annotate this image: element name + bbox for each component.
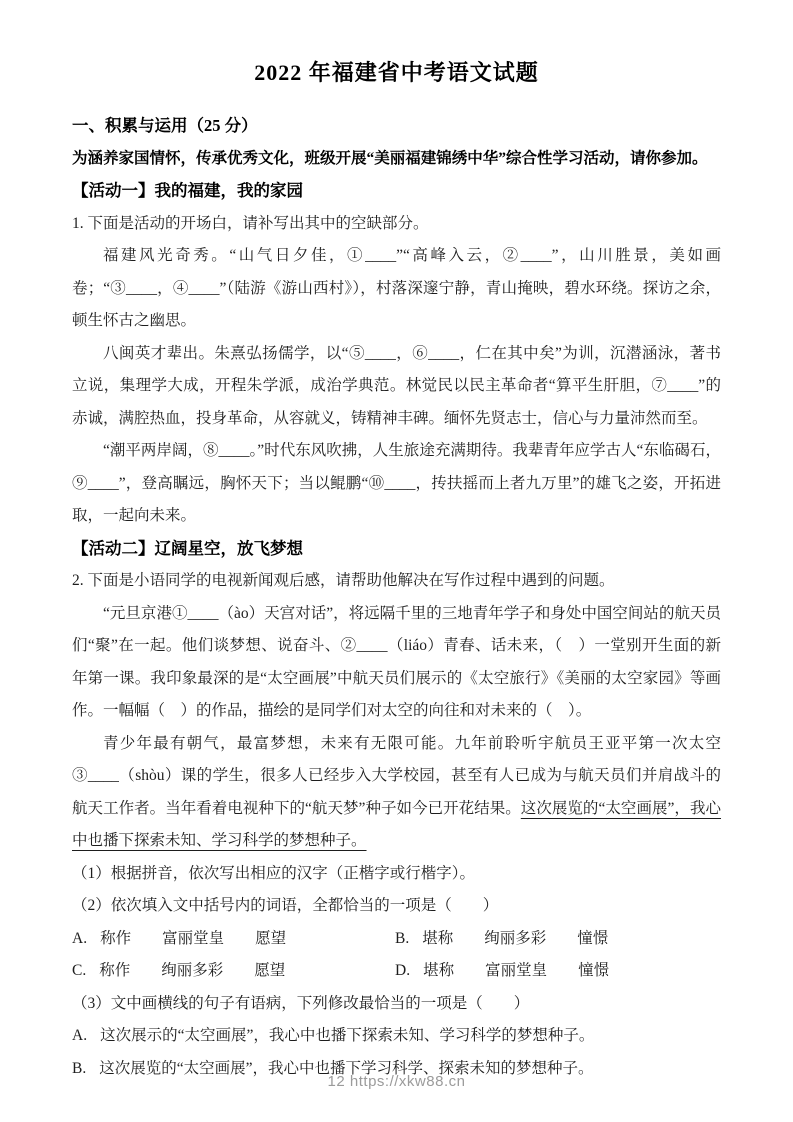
- q2-subquestion-2: （2）依次填入文中括号内的词语，全都恰当的一项是（ ）: [72, 890, 721, 923]
- page-title: 2022 年福建省中考语文试题: [72, 56, 721, 90]
- activity1-heading: 【活动一】我的福建，我的家园: [72, 175, 721, 208]
- sub3-option-a-label: A.: [72, 1020, 87, 1053]
- q2-passage-p1: “元旦京港①____（ào）天宫对话”，将远隔千里的三地青年学子和身处中国空间站…: [72, 598, 721, 728]
- option-b-label: B.: [395, 923, 409, 956]
- q2-passage-p2: 青少年最有朝气，最富梦想，未来有无限可能。九年前聆听宇航员王亚平第一次太空③__…: [72, 728, 721, 858]
- option-c-label: C.: [72, 955, 86, 988]
- option-d-text: 堪称 富丽堂皇 憧憬: [423, 962, 609, 979]
- option-a: A.称作 富丽堂皇 愿望: [72, 923, 395, 956]
- option-b-text: 堪称 绚丽多彩 憧憬: [422, 930, 608, 947]
- section1-intro: 为涵养家国情怀，传承优秀文化，班级开展“美丽福建锦绣中华”综合性学习活动，请你参…: [72, 143, 721, 176]
- option-c: C.称作 绚丽多彩 愿望: [72, 955, 395, 988]
- section1-heading: 一、积累与运用（25 分）: [72, 110, 721, 143]
- sub3-option-a: A.这次展示的“太空画展”，我心中也播下探索未知、学习科学的梦想种子。: [72, 1020, 721, 1053]
- q1-stem: 1. 下面是活动的开场白，请补写出其中的空缺部分。: [72, 208, 721, 241]
- q2-stem: 2. 下面是小语同学的电视新闻观后感，请帮助他解决在写作过程中遇到的问题。: [72, 565, 721, 598]
- q2-subquestion-1: （1）根据拼音，依次写出相应的汉字（正楷字或行楷字）。: [72, 858, 721, 891]
- q1-passage-p1: 福建风光奇秀。“山气日夕佳，①____”“高峰入云，②____”，山川胜景，美如…: [72, 240, 721, 338]
- option-a-label: A.: [72, 923, 87, 956]
- exam-page: 2022 年福建省中考语文试题 一、积累与运用（25 分） 为涵养家国情怀，传承…: [0, 0, 793, 1122]
- q1-passage-p3: “潮平两岸阔，⑧____。”时代东风吹拂，人生旅途充满期待。我辈青年应学古人“东…: [72, 435, 721, 533]
- option-d: D.堪称 富丽堂皇 憧憬: [395, 955, 609, 988]
- page-footer: 12 https://xkw88.cn: [0, 1073, 793, 1090]
- option-b: B.堪称 绚丽多彩 憧憬: [395, 923, 608, 956]
- q1-passage-p2: 八闽英才辈出。朱熹弘扬儒学，以“⑤____，⑥____，仁在其中矣”为训，沉潜涵…: [72, 338, 721, 436]
- option-c-text: 称作 绚丽多彩 愿望: [99, 962, 285, 979]
- option-d-label: D.: [395, 955, 410, 988]
- q2-sub2-options-row-1: A.称作 富丽堂皇 愿望 B.堪称 绚丽多彩 憧憬: [72, 923, 721, 956]
- q2-subquestion-3: （3）文中画横线的句子有语病，下列修改最恰当的一项是（ ）: [72, 988, 721, 1021]
- activity2-heading: 【活动二】辽阔星空，放飞梦想: [72, 533, 721, 566]
- option-a-text: 称作 富丽堂皇 愿望: [100, 930, 286, 947]
- sub3-option-a-text: 这次展示的“太空画展”，我心中也播下探索未知、学习科学的梦想种子。: [100, 1027, 594, 1044]
- q2-sub2-options-row-2: C.称作 绚丽多彩 愿望 D.堪称 富丽堂皇 憧憬: [72, 955, 721, 988]
